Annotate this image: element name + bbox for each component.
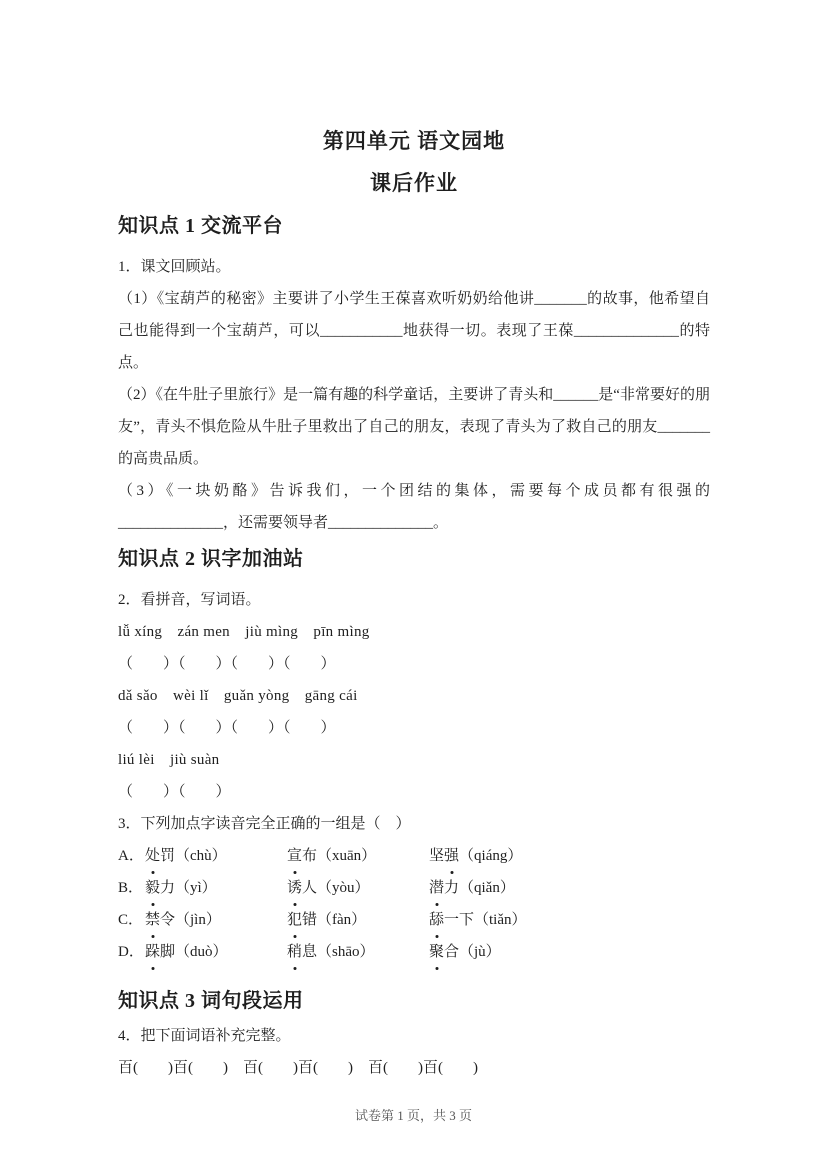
q4-fill-row: 百( )百( ) 百( )百( ) 百( )百( ) (118, 1052, 710, 1084)
word-post: 罚（chù） (160, 848, 227, 864)
option-label: A． (118, 840, 145, 872)
word-post: 脚（duò） (160, 944, 228, 960)
q1-item-2: （2）《在牛肚子里旅行》是一篇有趣的科学童话，主要讲了青头和______是“非常… (118, 379, 710, 475)
q3-option-c: C．禁令（jìn）犯错（fàn）舔一下（tiǎn） (118, 904, 710, 936)
q4-stem: 4．把下面词语补充完整。 (118, 1020, 710, 1052)
dotted-char: 稍 (287, 936, 302, 968)
q3-option-d: D．跺脚（duò）稍息（shāo）聚合（jù） (118, 936, 710, 968)
option-word: 犯错（fàn） (287, 904, 429, 936)
q3-option-a: A．处罚（chù）宣布（xuān）坚强（qiáng） (118, 840, 710, 872)
option-word: 潜力（qiǎn） (429, 872, 571, 904)
page-footer: 试卷第 1 页，共 3 页 (0, 1106, 827, 1126)
option-word: 处罚（chù） (145, 840, 287, 872)
answer-paren-row-1: （ ）（ ）（ ）（ ） (118, 648, 710, 680)
word-post: 令（jìn） (160, 912, 221, 928)
option-word: 宣布（xuān） (287, 840, 429, 872)
dotted-char: 犯 (287, 904, 302, 936)
section-heading-3: 知识点 3 词句段运用 (118, 984, 710, 1018)
q3-option-b: B．毅力（yì）诱人（yòu）潜力（qiǎn） (118, 872, 710, 904)
option-word: 舔一下（tiǎn） (429, 904, 571, 936)
option-word: 稍息（shāo） (287, 936, 429, 968)
word-post: （qiáng） (459, 848, 522, 864)
word-pre: 坚 (429, 848, 444, 864)
document-page: 第四单元 语文园地 课后作业 知识点 1 交流平台 1．课文回顾站。 （1）《宝… (0, 0, 827, 1169)
dotted-char: 处 (145, 840, 160, 872)
word-post: 力（qiǎn） (444, 880, 515, 896)
word-post: 人（yòu） (302, 880, 370, 896)
word-post: 错（fàn） (302, 912, 366, 928)
option-label: B． (118, 872, 145, 904)
q1-stem: 1．课文回顾站。 (118, 251, 710, 283)
section-heading-1: 知识点 1 交流平台 (118, 210, 710, 242)
option-word: 跺脚（duò） (145, 936, 287, 968)
option-word: 毅力（yì） (145, 872, 287, 904)
option-word: 禁令（jìn） (145, 904, 287, 936)
word-post: 力（yì） (160, 880, 217, 896)
answer-paren-row-2: （ ）（ ）（ ）（ ） (118, 712, 710, 744)
q1-item-1: （1）《宝葫芦的秘密》主要讲了小学生王葆喜欢听奶奶给他讲_______的故事，他… (118, 283, 710, 379)
dotted-char: 聚 (429, 936, 444, 968)
q2-stem: 2．看拼音，写词语。 (118, 584, 710, 616)
option-word: 聚合（jù） (429, 936, 571, 968)
section-heading-2: 知识点 2 识字加油站 (118, 542, 710, 576)
dotted-char: 禁 (145, 904, 160, 936)
option-word: 诱人（yòu） (287, 872, 429, 904)
doc-title: 第四单元 语文园地 (118, 126, 710, 156)
word-post: 息（shāo） (302, 944, 375, 960)
dotted-char: 潜 (429, 872, 444, 904)
doc-subtitle: 课后作业 (118, 168, 710, 198)
word-post: 一下（tiǎn） (444, 912, 527, 928)
pinyin-row-1: lǚ xíng zán men jiù mìng pīn mìng (118, 616, 710, 648)
option-word: 坚强（qiáng） (429, 840, 571, 872)
dotted-char: 毅 (145, 872, 160, 904)
dotted-char: 跺 (145, 936, 160, 968)
answer-paren-row-3: （ ）（ ） (118, 776, 710, 808)
word-post: 布（xuān） (302, 848, 376, 864)
dotted-char: 舔 (429, 904, 444, 936)
option-label: C． (118, 904, 145, 936)
word-post: 合（jù） (444, 944, 501, 960)
dotted-char: 强 (444, 840, 459, 872)
dotted-char: 宣 (287, 840, 302, 872)
pinyin-row-3: liú lèi jiù suàn (118, 744, 710, 776)
dotted-char: 诱 (287, 872, 302, 904)
pinyin-row-2: dǎ sǎo wèi lǐ guǎn yòng gāng cái (118, 680, 710, 712)
option-label: D． (118, 936, 145, 968)
q1-item-3: （3）《一块奶酪》告诉我们，一个团结的集体，需要每个成员都有很强的_______… (118, 475, 710, 539)
q3-stem: 3．下列加点字读音完全正确的一组是（ ） (118, 808, 710, 840)
